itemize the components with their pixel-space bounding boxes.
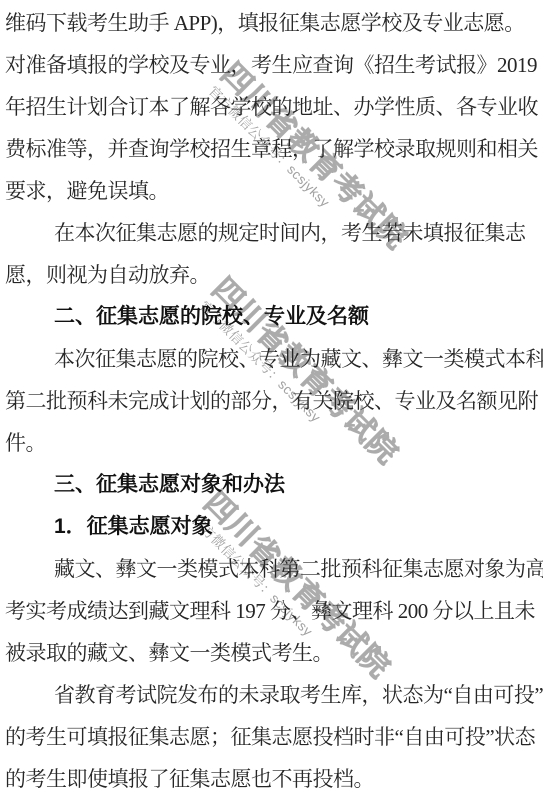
text-line: 本次征集志愿的院校、专业为藏文、彝文一类模式本科 (5, 338, 517, 380)
text-line: 愿，则视为自动放弃。 (5, 254, 517, 296)
text-line: 要求，避免误填。 (5, 170, 517, 212)
text-line: 被录取的藏文、彝文一类模式考生。 (5, 632, 517, 674)
text-line: 件。 (5, 422, 517, 464)
text-line: 对准备填报的学校及专业，考生应查询《招生考试报》2019 (5, 44, 517, 86)
text-line: 费标准等，并查询学校招生章程，了解学校录取规则和相关 (5, 128, 517, 170)
text-line: 的考生可填报征集志愿；征集志愿投档时非“自由可投”状态 (5, 716, 517, 758)
document-page: 四川省教育考试院官方微信公众号：scsjyksy四川省教育考试院官方微信公众号：… (0, 0, 543, 800)
text-line: 在本次征集志愿的规定时间内，考生若未填报征集志 (5, 212, 517, 254)
text-line: 维码下载考生助手 APP)，填报征集志愿学校及专业志愿。 (5, 2, 517, 44)
text-line: 藏文、彝文一类模式本科第二批预科征集志愿对象为高 (5, 548, 517, 590)
section-heading: 1．征集志愿对象 (5, 506, 517, 548)
text-line: 考实考成绩达到藏文理科 197 分、彝文理科 200 分以上且未 (5, 590, 517, 632)
text-line: 第二批预科未完成计划的部分，有关院校、专业及名额见附 (5, 380, 517, 422)
text-line: 年招生计划合订本了解各学校的地址、办学性质、各专业收 (5, 86, 517, 128)
section-heading: 二、征集志愿的院校、专业及名额 (5, 296, 517, 338)
text-line: 省教育考试院发布的未录取考生库，状态为“自由可投” (5, 674, 517, 716)
document-content: 维码下载考生助手 APP)，填报征集志愿学校及专业志愿。对准备填报的学校及专业，… (5, 2, 517, 800)
text-line: 的考生即使填报了征集志愿也不再投档。 (5, 758, 517, 800)
section-heading: 三、征集志愿对象和办法 (5, 464, 517, 506)
